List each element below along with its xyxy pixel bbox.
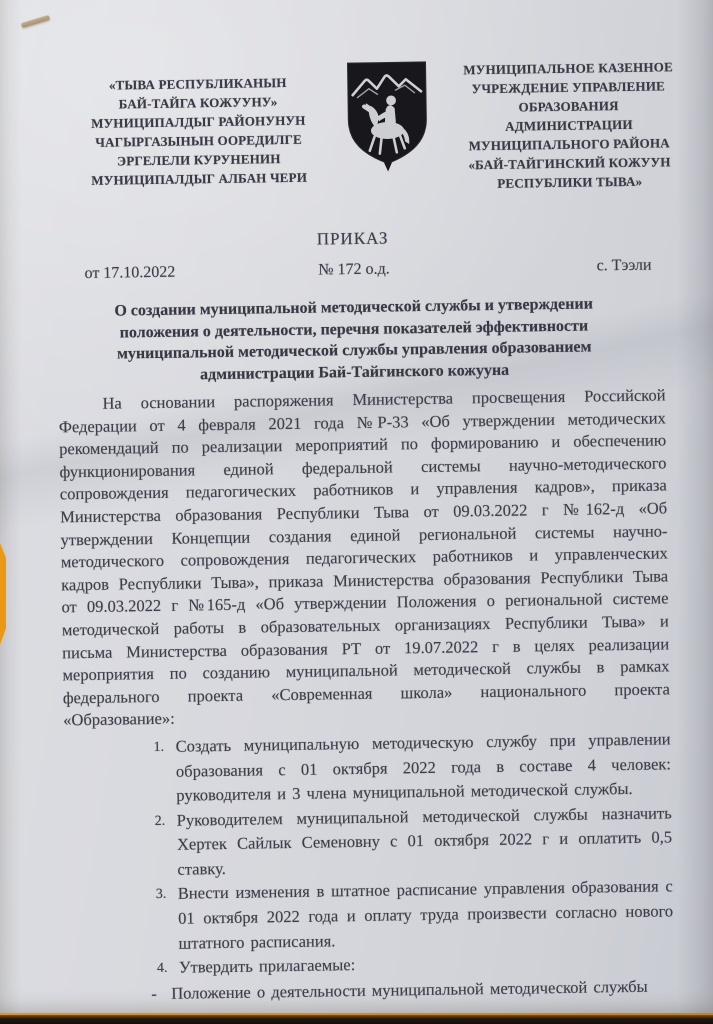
item-marker: - — [151, 982, 171, 1007]
order-place: с. Тээли — [463, 256, 682, 277]
document-photo: «ТЫВА РЕСПУБЛИКАНЫН БАЙ-ТАЙГА КОЖУУНУ» М… — [0, 0, 713, 1009]
order-items: 1. Создать муниципальную методическую сл… — [153, 727, 674, 1006]
table-edge-shadow — [0, 1015, 713, 1024]
item-marker: 1. — [153, 735, 176, 809]
order-date: от 17.10.2022 — [26, 263, 245, 284]
order-meta: от 17.10.2022 № 172 о.д. с. Тээли — [26, 256, 681, 284]
order-item: 2. Руководителем муниципальной методичес… — [155, 801, 673, 882]
item-marker: 4. — [157, 956, 179, 982]
org-line: РЕСПУБЛИКИ ТЫВА» — [443, 171, 696, 194]
item-text: Создать муниципальную методическую служб… — [175, 727, 671, 808]
order-item: 3. Внести изменения в штатное расписание… — [156, 875, 674, 956]
letterhead: «ТЫВА РЕСПУБЛИКАНЫН БАЙ-ТАЙГА КОЖУУНУ» М… — [63, 55, 696, 199]
org-line: МУНИЦИПАЛДЫГ АЛБАН ЧЕРИ — [65, 167, 333, 190]
order-number: № 172 о.д. — [245, 259, 464, 280]
order-preamble: На основании распоряжения Министерства п… — [58, 384, 670, 732]
org-line: УЧРЕЖДЕНИЕ УПРАВЛЕНИЕ — [442, 76, 695, 99]
doc-type: ПРИКАЗ — [0, 224, 709, 255]
org-line: «БАЙ-ТАЙГИНСКИЙ КОЖУУН — [443, 152, 696, 175]
org-line: ЧАГЫРГАЗЫНЫН ООРЕДИЛГЕ — [65, 129, 333, 152]
item-marker: 2. — [155, 808, 178, 882]
order-item: 1. Создать муниципальную методическую сл… — [153, 727, 671, 808]
item-text: Руководителем муниципальной методической… — [177, 801, 673, 882]
horseman-shield-icon — [342, 59, 432, 172]
order-title: О создании муниципальной методической сл… — [63, 293, 644, 388]
coat-of-arms-emblem — [331, 59, 443, 173]
org-name-tuvan: «ТЫВА РЕСПУБЛИКАНЫН БАЙ-ТАЙГА КОЖУУНУ» М… — [63, 60, 333, 190]
item-marker: 3. — [156, 882, 179, 956]
item-text: Внести изменения в штатное расписание уп… — [178, 875, 674, 956]
org-name-russian: МУНИЦИПАЛЬНОЕ КАЗЕННОЕ УЧРЕЖДЕНИЕ УПРАВЛ… — [441, 55, 696, 194]
